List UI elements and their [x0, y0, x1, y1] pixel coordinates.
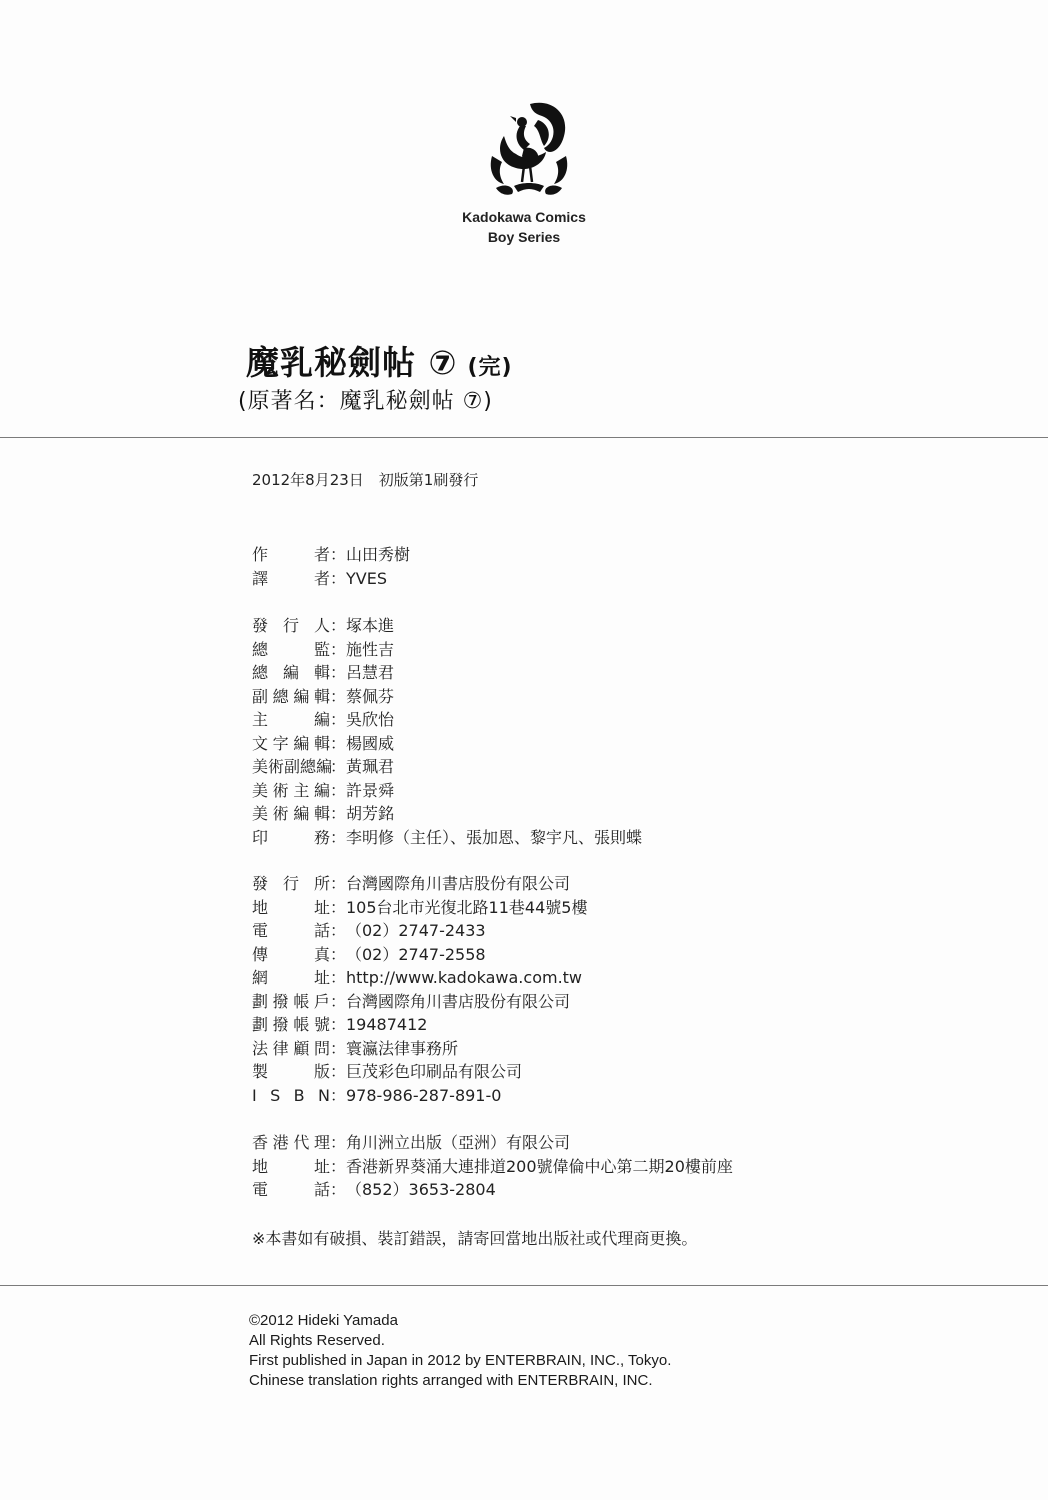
- credit-row: 電話：（852）3653-2804: [252, 1178, 733, 1202]
- credit-label: 文字編輯: [252, 732, 330, 756]
- credit-row: 法律顧問：寰瀛法律事務所: [252, 1037, 587, 1061]
- credit-value: 山田秀樹: [346, 543, 410, 567]
- credit-colon: ：: [330, 708, 346, 732]
- credit-colon: ：: [330, 826, 346, 850]
- credit-value: 塚本進: [346, 614, 394, 638]
- credit-colon: ：: [330, 1037, 346, 1061]
- credit-value: （02）2747-2433: [346, 919, 486, 943]
- credit-value: 香港新界葵涌大連排道200號偉倫中心第二期20樓前座: [346, 1155, 733, 1179]
- credit-value: 蔡佩芬: [346, 685, 394, 709]
- credit-colon: ：: [330, 755, 346, 779]
- credit-colon: ：: [330, 1178, 346, 1202]
- credit-label: 美術副總編: [252, 755, 330, 779]
- credit-row: 譯者：YVES: [252, 567, 410, 591]
- credit-row: 美術主編：許景舜: [252, 779, 642, 803]
- credit-colon: ：: [330, 661, 346, 685]
- credit-value: 黃珮君: [346, 755, 394, 779]
- imprint-series: Boy Series: [0, 229, 1048, 245]
- credit-colon: ：: [330, 1084, 346, 1108]
- credit-colon: ：: [330, 990, 346, 1014]
- credit-value: 角川洲立出版（亞洲）有限公司: [346, 1131, 570, 1155]
- credits-hong-kong: 香港代理：角川洲立出版（亞洲）有限公司地址：香港新界葵涌大連排道200號偉倫中心…: [252, 1131, 733, 1202]
- credit-value: YVES: [346, 567, 387, 591]
- credit-row: 地址：香港新界葵涌大連排道200號偉倫中心第二期20樓前座: [252, 1155, 733, 1179]
- publication-date: 2012年8月23日 初版第1刷發行: [252, 469, 478, 490]
- divider-top: [0, 437, 1048, 438]
- credit-colon: ：: [330, 966, 346, 990]
- copyright-line: ©2012 Hideki Yamada: [249, 1311, 671, 1331]
- first-published-line: First published in Japan in 2012 by ENTE…: [249, 1351, 671, 1371]
- credit-label: 地址: [252, 1155, 330, 1179]
- credit-colon: ：: [330, 543, 346, 567]
- credit-row: 電話：（02）2747-2433: [252, 919, 587, 943]
- credit-row: 美術編輯：胡芳銘: [252, 802, 642, 826]
- credit-label: 網址: [252, 966, 330, 990]
- book-title-main: 魔乳秘劍帖 ⑦: [246, 343, 457, 382]
- credit-value: 978-986-287-891-0: [346, 1084, 501, 1108]
- credit-value: 呂慧君: [346, 661, 394, 685]
- credit-label: 譯者: [252, 567, 330, 591]
- credit-value: 李明修（主任）、張加恩、黎宇凡、張則蝶: [346, 826, 642, 850]
- credit-row: 總監：施性吉: [252, 638, 642, 662]
- credit-row: 網址：http://www.kadokawa.com.tw: [252, 966, 587, 990]
- credit-label: 美術主編: [252, 779, 330, 803]
- credit-label: 印務: [252, 826, 330, 850]
- credit-colon: ：: [330, 896, 346, 920]
- credits-staff: 發行人：塚本進總監：施性吉總編輯：呂慧君副總編輯：蔡佩芬主編：吳欣怡文字編輯：楊…: [252, 614, 642, 849]
- credit-value: 楊國威: [346, 732, 394, 756]
- replacement-notice: ※本書如有破損、裝訂錯誤，請寄回當地出版社或代理商更換。: [252, 1226, 697, 1249]
- credit-row: 總編輯：呂慧君: [252, 661, 642, 685]
- credit-colon: ：: [330, 1155, 346, 1179]
- credit-colon: ：: [330, 1013, 346, 1037]
- credit-colon: ：: [330, 638, 346, 662]
- credit-row: 主編：吳欣怡: [252, 708, 642, 732]
- credit-row: 地址：105台北市光復北路11巷44號5樓: [252, 896, 587, 920]
- credit-colon: ：: [330, 685, 346, 709]
- credit-value: 巨茂彩色印刷品有限公司: [346, 1060, 522, 1084]
- credit-row: 製版：巨茂彩色印刷品有限公司: [252, 1060, 587, 1084]
- credit-label: 發行人: [252, 614, 330, 638]
- credits-publisher: 發行所：台灣國際角川書店股份有限公司地址：105台北市光復北路11巷44號5樓電…: [252, 872, 587, 1107]
- credit-value: 胡芳銘: [346, 802, 394, 826]
- credit-row: 副總編輯：蔡佩芬: [252, 685, 642, 709]
- credits-authors: 作者：山田秀樹譯者：YVES: [252, 543, 410, 590]
- credit-row: 劃撥帳號：19487412: [252, 1013, 587, 1037]
- credit-label: 電話: [252, 919, 330, 943]
- credit-colon: ：: [330, 779, 346, 803]
- rights-line: All Rights Reserved.: [249, 1331, 671, 1351]
- credit-value: （852）3653-2804: [346, 1178, 496, 1202]
- credit-label: 電話: [252, 1178, 330, 1202]
- credit-row: 作者：山田秀樹: [252, 543, 410, 567]
- credit-label: 發行所: [252, 872, 330, 896]
- completed-badge: (完): [467, 355, 512, 380]
- credit-row: 傳真：（02）2747-2558: [252, 943, 587, 967]
- book-title: 魔乳秘劍帖 ⑦(完): [246, 337, 513, 384]
- credit-value: 許景舜: [346, 779, 394, 803]
- credit-row: 發行人：塚本進: [252, 614, 642, 638]
- credit-value: 台灣國際角川書店股份有限公司: [346, 990, 570, 1014]
- divider-bottom: [0, 1285, 1048, 1286]
- credit-row: 發行所：台灣國際角川書店股份有限公司: [252, 872, 587, 896]
- credit-label: ISBN: [252, 1084, 330, 1108]
- credit-value: http://www.kadokawa.com.tw: [346, 966, 582, 990]
- credit-label: 作者: [252, 543, 330, 567]
- credit-label: 總監: [252, 638, 330, 662]
- credit-colon: ：: [330, 567, 346, 591]
- credit-value: 19487412: [346, 1013, 427, 1037]
- translation-rights-line: Chinese translation rights arranged with…: [249, 1371, 671, 1391]
- credit-label: 傳真: [252, 943, 330, 967]
- credit-colon: ：: [330, 943, 346, 967]
- credit-row: 印務：李明修（主任）、張加恩、黎宇凡、張則蝶: [252, 826, 642, 850]
- credit-label: 劃撥帳號: [252, 1013, 330, 1037]
- credit-label: 地址: [252, 896, 330, 920]
- credit-value: （02）2747-2558: [346, 943, 486, 967]
- credit-value: 台灣國際角川書店股份有限公司: [346, 872, 570, 896]
- credit-colon: ：: [330, 802, 346, 826]
- credit-colon: ：: [330, 1060, 346, 1084]
- credit-value: 吳欣怡: [346, 708, 394, 732]
- credit-row: ISBN：978-986-287-891-0: [252, 1084, 587, 1108]
- credit-label: 美術編輯: [252, 802, 330, 826]
- credit-colon: ：: [330, 1131, 346, 1155]
- credit-label: 副總編輯: [252, 685, 330, 709]
- credit-label: 主編: [252, 708, 330, 732]
- credit-row: 美術副總編：黃珮君: [252, 755, 642, 779]
- credit-label: 法律顧問: [252, 1037, 330, 1061]
- credit-row: 劃撥帳戶：台灣國際角川書店股份有限公司: [252, 990, 587, 1014]
- credit-label: 製版: [252, 1060, 330, 1084]
- original-title: (原著名：魔乳秘劍帖 ⑦): [238, 384, 493, 415]
- credit-row: 文字編輯：楊國威: [252, 732, 642, 756]
- phoenix-icon: [486, 96, 572, 206]
- imprint-name: Kadokawa Comics: [0, 209, 1048, 225]
- copyright-block: ©2012 Hideki Yamada All Rights Reserved.…: [249, 1311, 671, 1391]
- credit-row: 香港代理：角川洲立出版（亞洲）有限公司: [252, 1131, 733, 1155]
- credit-colon: ：: [330, 919, 346, 943]
- credit-value: 105台北市光復北路11巷44號5樓: [346, 896, 587, 920]
- credit-value: 寰瀛法律事務所: [346, 1037, 458, 1061]
- credit-label: 劃撥帳戶: [252, 990, 330, 1014]
- credit-value: 施性吉: [346, 638, 394, 662]
- credit-colon: ：: [330, 614, 346, 638]
- credit-colon: ：: [330, 732, 346, 756]
- credit-colon: ：: [330, 872, 346, 896]
- credit-label: 總編輯: [252, 661, 330, 685]
- credit-label: 香港代理: [252, 1131, 330, 1155]
